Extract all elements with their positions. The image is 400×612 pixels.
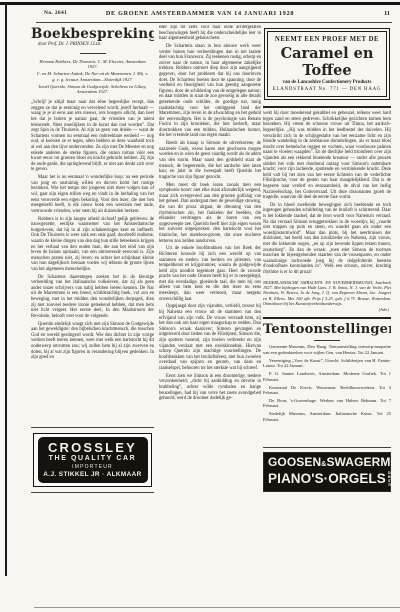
goosen-product-row: PIANO'S·ORGELS DEN HAAG BOEKHORST- STRAA… <box>268 471 386 487</box>
spacer <box>263 425 391 444</box>
exhibition-item: Stedelijk Museum, Amsterdam. Italiaansch… <box>263 411 391 422</box>
exhibitions-divider <box>314 340 340 341</box>
column-right: NEEMT EEN PROEF MET DE Caramel en Toffee… <box>263 26 391 494</box>
paragraph: Uit de enkele hoofdstukken van het Boek … <box>159 246 261 302</box>
book-item: Herman Robbers, De Thuisreis. C. M. Else… <box>35 59 150 70</box>
toffee-product: Caramel en Toffee <box>270 45 384 79</box>
toffee-address: ELANDSTRAAT No. 771 — DEN HAAG <box>270 87 384 92</box>
goosen-names: GOOSEN&SWAGERMAN <box>268 456 386 471</box>
crossley-ad-inner: CROSSLEY THE QUALITY CAR IMPORTEUR A.J. … <box>38 437 148 483</box>
goosen-ad: GOOSEN&SWAGERMAN PIANO'S·ORGELS DEN HAAG… <box>263 452 391 492</box>
publisher-notice: NEDERLANDSCHE AMBACHTS- EN NIJVERHEIDSKU… <box>263 280 391 306</box>
paragraph: eder zijn tot zelfs voor haar oude achte… <box>159 25 261 42</box>
exhibition-item: Gemeente-Museum, Den Haag. Tentoonstelli… <box>263 344 391 355</box>
crossley-brand: CROSSLEY <box>40 441 146 455</box>
header-rule <box>36 22 392 23</box>
goosen-name2: SWAGERMAN <box>326 455 391 469</box>
book-list: Herman Robbers, De Thuisreis. C. M. Else… <box>35 59 150 97</box>
goosen-phone: TELEF. 11303 <box>388 483 391 487</box>
paragraph: De Schartens daarentegen zoeken het in d… <box>31 275 154 320</box>
review-title: Boekbespreking <box>31 26 154 42</box>
crossley-importer-name: A.J. STIKKEL JR · ALKMAAR <box>40 471 146 479</box>
page-number: 11 <box>384 10 390 17</box>
goosen-products: PIANO'S·ORGELS <box>268 472 386 486</box>
paragraph: wekt hij door moederend gekabbel en gebe… <box>263 111 391 201</box>
toffee-ad-inner: NEEMT EEN PROEF MET DE Caramel en Toffee… <box>267 31 387 97</box>
paragraph: De Schartens staan in hun nieuwe werk we… <box>159 44 261 139</box>
review-byline: door Prof. Dr. J. PRINSEN J.Lzn. <box>31 42 154 48</box>
book-item: C. en M. Scharten-Antink, De Nar uit de … <box>35 71 150 82</box>
crossley-slogan: THE QUALITY CAR <box>40 455 146 464</box>
section-rule <box>31 492 154 493</box>
decorative-rule <box>263 106 391 108</box>
masthead-title: DE GROENE AMSTERDAMMER VAN 14 JANUARI 19… <box>0 10 400 17</box>
column-left: Boekbespreking door Prof. Dr. J. PRINSEN… <box>31 26 154 496</box>
goosen-address: DEN HAAG BOEKHORST- STRAAT 140 TELEF. 11… <box>388 471 391 487</box>
paragraph: „Schrijf je altijd maar naar dat ééne be… <box>31 100 154 173</box>
paragraph: Eerst zien we Simson in een droomerige, … <box>159 374 261 402</box>
paragraph: Opgejaagd door zijn vijanden, verliefd, … <box>159 304 261 371</box>
toffee-ad: NEEMT EEN PROEF MET DE Caramel en Toffee… <box>264 28 390 100</box>
section-rule <box>263 447 391 448</box>
exhibition-item: De Bron, 's-Gravenhage. Werken van Huber… <box>263 398 391 409</box>
scan-border-top <box>0 2 400 5</box>
crossley-ad: CROSSLEY THE QUALITY CAR IMPORTEUR A.J. … <box>33 433 152 488</box>
exhibition-item: Kunstzaal De Kievit, Wassenaar. Beeldhou… <box>263 385 391 396</box>
paragraph: Querido eindelijk waagt zich met zijn Si… <box>31 322 154 361</box>
paragraph: De in bloed zwellende bewegingen zich be… <box>263 203 391 276</box>
scan-border-left <box>5 3 7 576</box>
exhibition-item: Vereeniging „Voor de Kunst”, Utrecht. Sc… <box>263 358 391 369</box>
spacer <box>31 363 154 424</box>
paragraph: Reeds als knaap is Simson de uitverkoren… <box>159 141 261 180</box>
newspaper-page: No. 2641 DE GROENE AMSTERDAMMER VAN 14 J… <box>0 0 400 612</box>
toffee-subline: van de Lancashire Confectionery Products <box>270 80 384 85</box>
toffee-headline: NEEMT EEN PROEF MET DE <box>270 36 384 43</box>
goosen-name1: GOOSEN <box>268 455 321 469</box>
title-divider <box>80 53 106 54</box>
scan-border-bottom <box>34 607 400 608</box>
exhibition-item: P. G. Santee Landweer, Amsterdam. Modern… <box>263 371 391 382</box>
paragraph: Men moet dit boek lezen zooals men een s… <box>159 183 261 245</box>
exhibitions-title: Tentoonstellingen <box>263 322 391 337</box>
paragraph: Maar het is nu eenmaal 'n wonderlijke lo… <box>31 175 154 214</box>
book-item: Israël Querido, Simson de Godgewijde. Sc… <box>35 84 150 95</box>
column-middle: eder zijn tot zelfs voor haar oude achte… <box>159 25 261 498</box>
section-rule <box>31 427 154 428</box>
paragraph: Robbers is in zijn langen arbeid zichzel… <box>31 217 154 273</box>
adv-label: (Adv.) <box>263 307 389 312</box>
decorative-rule <box>263 317 391 319</box>
